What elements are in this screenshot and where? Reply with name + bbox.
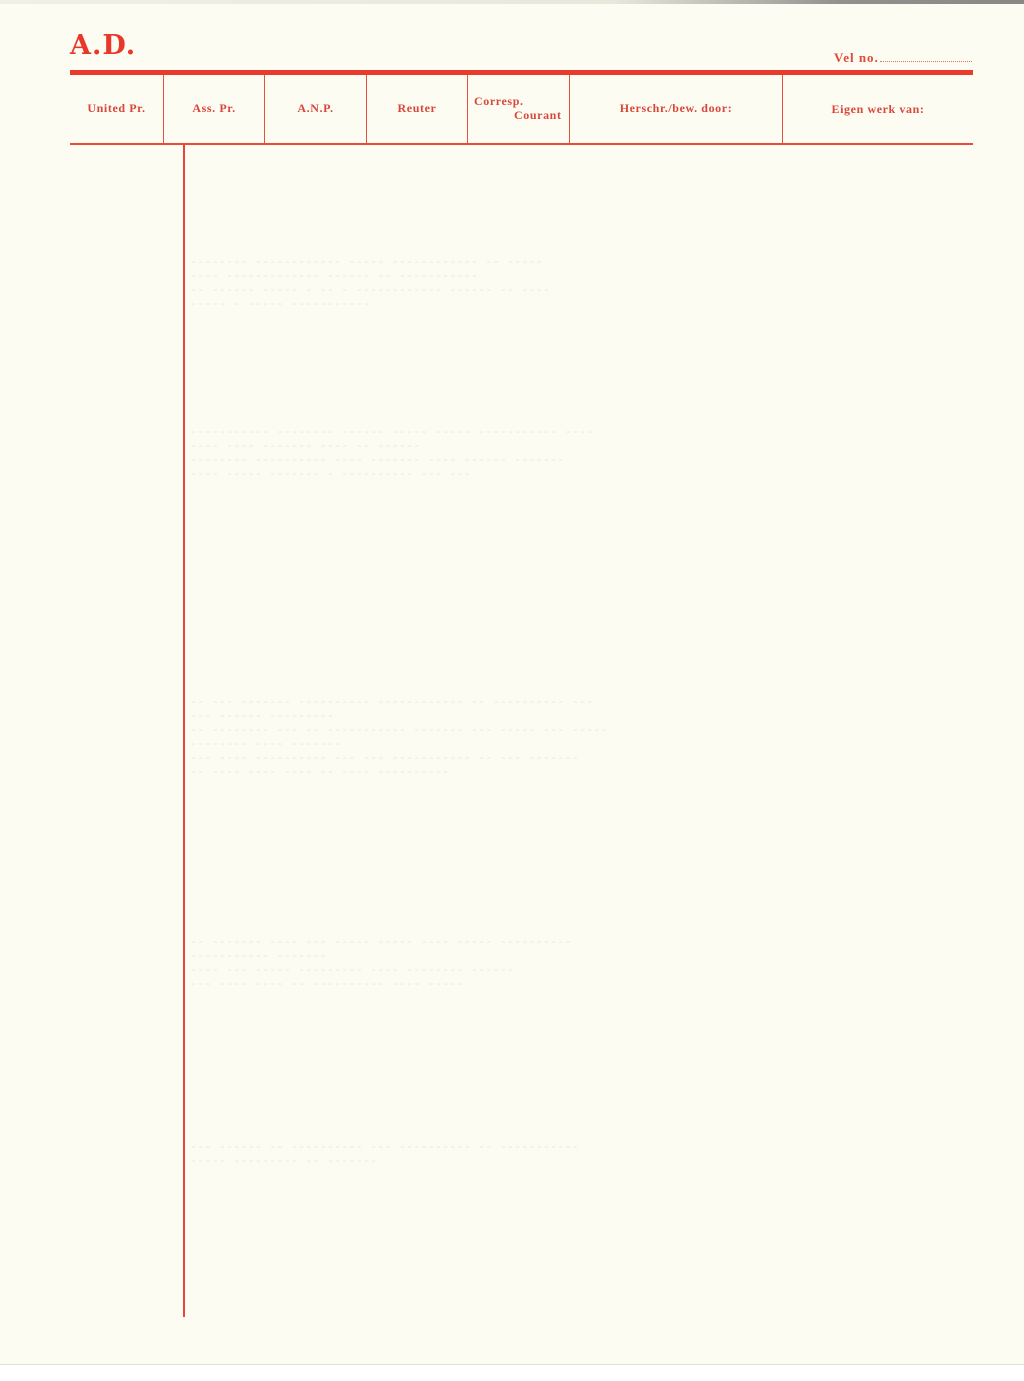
left-margin-rule [183,145,185,1317]
scan-background [0,1364,1024,1381]
column-reuter: Reuter [367,101,467,116]
scan-edge [0,0,1024,4]
column-correspondent-line2: Courant [514,108,562,123]
newspaper-logo: A.D. [70,30,136,61]
column-divider [467,75,468,143]
sheet-number-label: Vel no. [834,50,879,65]
show-through-text: --- ------ -- ---------- --- ---------- … [190,1140,579,1168]
column-anp: A.N.P. [265,101,366,116]
column-correspondent-line1: Corresp. [474,94,524,109]
column-united-press: United Pr. [70,101,163,116]
header-bottom-rule [70,143,973,145]
show-through-text: ----------- -------- ------ ----- ----- … [190,425,593,481]
column-own-work-by: Eigen werk van: [783,102,973,117]
sheet-number-blank [880,60,972,62]
column-rewritten-by: Herschr./bew. door: [570,101,782,116]
show-through-text: -------- ------------ ----- ------------… [190,255,550,311]
column-associated-press: Ass. Pr. [164,101,264,116]
show-through-text: -- --- ------- ---------- ------------ -… [190,695,608,779]
show-through-text: -- ------- ---- --- ----- ----- ---- ---… [190,935,572,991]
header-top-rule [70,70,973,75]
sheet-number-field: Vel no. [834,50,972,66]
